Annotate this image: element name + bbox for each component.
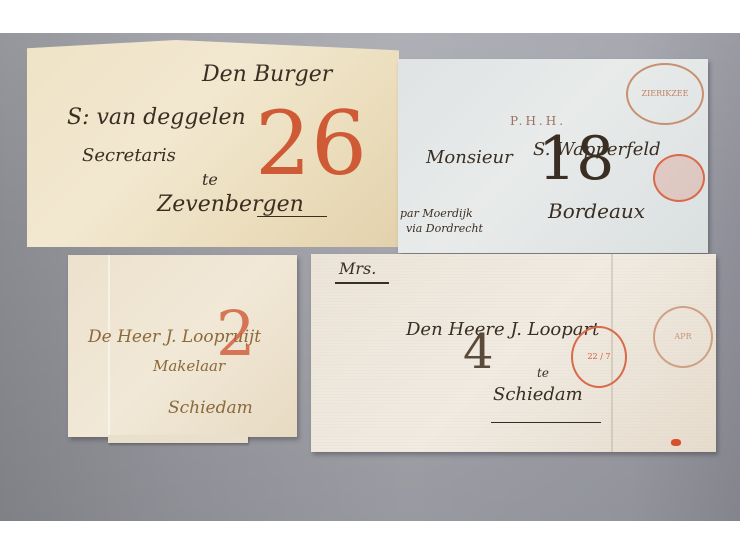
- corner-note: Mrs.: [339, 259, 376, 278]
- address-line: Secretaris: [82, 145, 176, 166]
- stamp-text: APR: [674, 333, 691, 342]
- address-line: Schiedam: [493, 384, 583, 405]
- stamp-text: ZIERIKZEE: [642, 90, 689, 99]
- postage-mark: 18: [538, 124, 614, 194]
- address-line: Makelaar: [153, 357, 225, 375]
- faint-cancel-stamp: APR: [653, 306, 713, 368]
- postage-due-mark: 26: [255, 100, 367, 188]
- address-underline: [491, 422, 601, 423]
- red-date-cancel-stamp: 22 / 7: [571, 326, 627, 388]
- address-line: Monsieur: [426, 147, 513, 168]
- postage-due-mark: 2: [216, 303, 255, 365]
- letter-flap: [108, 435, 248, 443]
- flourish: [257, 216, 327, 217]
- routing-note: par Moerdijk: [400, 207, 473, 220]
- letter-3-schiedam: De Heer J. Loopruijt Makelaar Schiedam 2: [68, 255, 297, 437]
- red-wax-spot: [671, 439, 681, 446]
- address-line: Schiedam: [168, 398, 253, 418]
- routing-note: via Dordrecht: [406, 222, 483, 235]
- address-line: Bordeaux: [548, 199, 645, 223]
- address-line: te: [202, 170, 218, 189]
- address-line: Den Burger: [202, 62, 332, 87]
- zierikzee-cancel-stamp: ZIERIKZEE: [626, 63, 704, 125]
- letter-2-bordeaux: P.H.H. Monsieur S. Wapperfeld Bordeaux p…: [398, 59, 708, 253]
- postage-mark: 4: [463, 324, 494, 380]
- stamp-text: 22 / 7: [587, 353, 610, 362]
- address-line: S: van deggelen: [67, 105, 246, 130]
- address-line: Den Heere J. Loopart: [406, 319, 599, 340]
- letter-4-schiedam: Mrs. Den Heere J. Loopart te Schiedam 4 …: [311, 254, 716, 452]
- address-line: Zevenbergen: [157, 192, 304, 217]
- red-entry-cancel-stamp: [653, 154, 705, 202]
- corner-note-underline: [335, 282, 389, 284]
- address-line: te: [537, 366, 549, 380]
- letter-1-zevenbergen: Den Burger S: van deggelen Secretaris te…: [27, 40, 399, 247]
